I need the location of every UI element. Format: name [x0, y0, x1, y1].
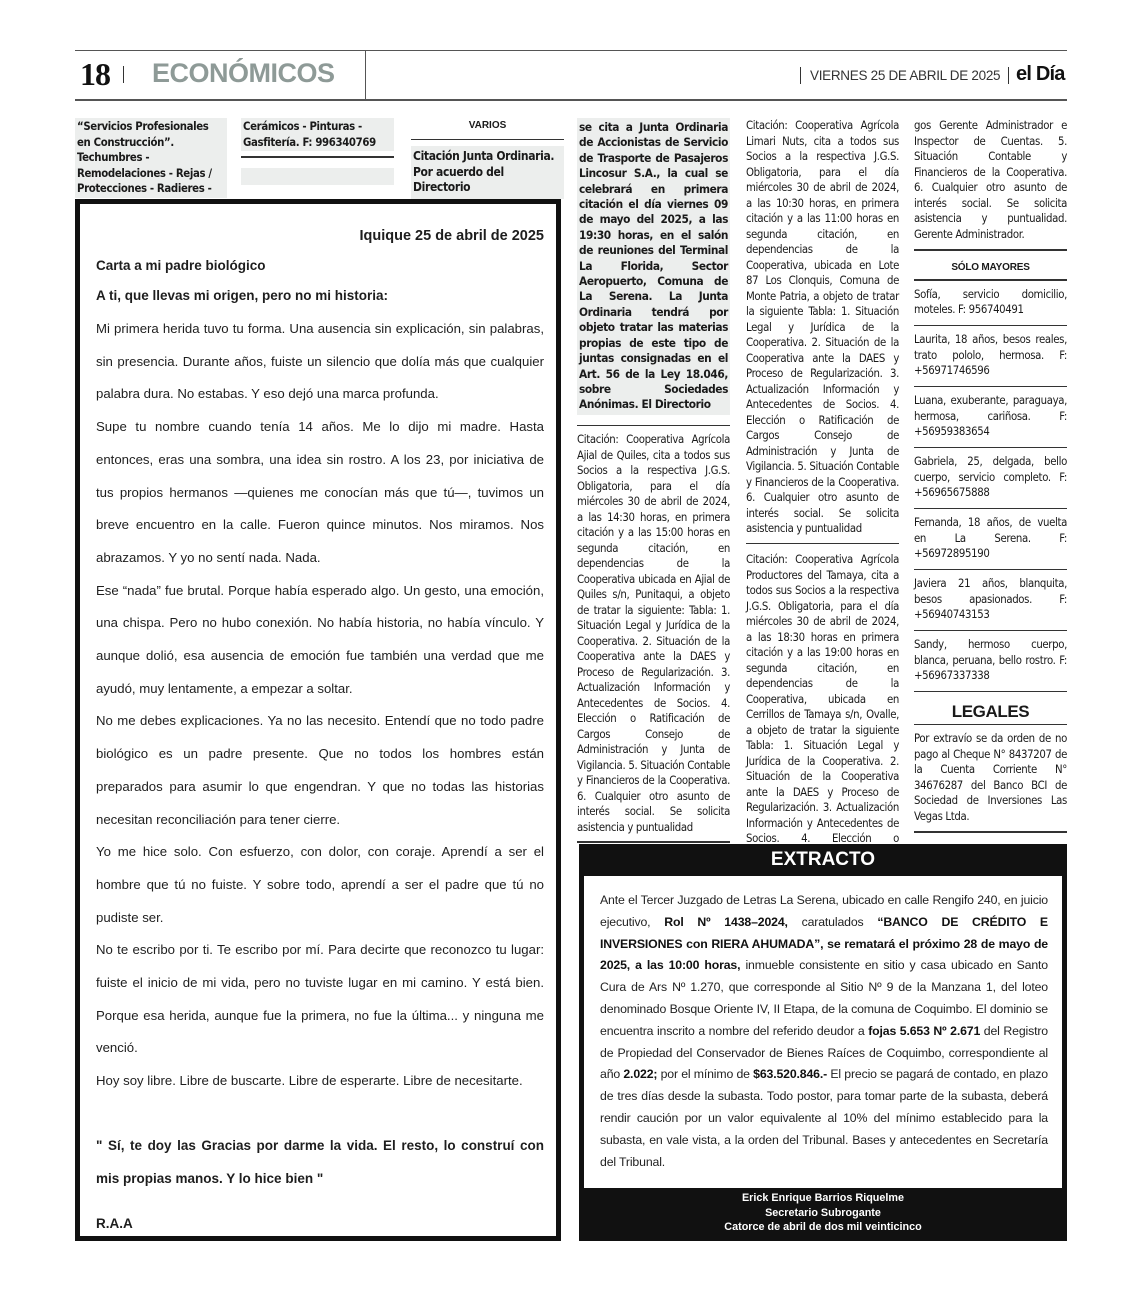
header-separator	[1008, 67, 1009, 84]
tamaya-notice-continued: gos Gerente Administrador e Inspector de…	[914, 118, 1067, 242]
adult-ad: Gabriela, 25, delgada, bello cuerpo, ser…	[914, 454, 1067, 501]
empty-slot	[241, 168, 394, 185]
letter-paragraph: Mi primera herida tuvo tu forma. Una aus…	[96, 313, 544, 411]
header-bottom-rule	[75, 99, 1067, 101]
header-divider	[365, 50, 366, 100]
letter-content: Iquique 25 de abril de 2025 Carta a mi p…	[96, 228, 544, 1231]
letter-paragraph: Hoy soy libre. Libre de buscarte. Libre …	[96, 1065, 544, 1098]
adult-ad: Luana, exuberante, paraguaya, hermosa, c…	[914, 393, 1067, 440]
letter-signature: R.A.A	[96, 1216, 544, 1231]
column-f: gos Gerente Administrador e Inspector de…	[914, 118, 1067, 839]
letter-paragraph: Yo me hice solo. Con esfuerzo, con dolor…	[96, 836, 544, 934]
section-title: ECONÓMICOS	[152, 58, 335, 89]
divider	[914, 691, 1067, 693]
header-separator	[123, 66, 124, 83]
divider	[914, 386, 1067, 388]
junta-ordinaria-notice: se cita a Junta Ordinaria de Accionistas…	[577, 118, 730, 415]
letter-paragraph: Ese “nada” fue brutal. Porque había espe…	[96, 575, 544, 706]
divider	[411, 139, 564, 141]
extracto-minimum-price: $63.520.846.-	[753, 1067, 827, 1081]
legales-notice: Por extravío se da orden de no pago al C…	[914, 731, 1067, 824]
letter-box: Iquique 25 de abril de 2025 Carta a mi p…	[75, 199, 561, 1241]
divider	[746, 543, 899, 545]
divider	[914, 724, 1067, 726]
extracto-segment: por el mínimo de	[657, 1067, 753, 1081]
letter-greeting: A ti, que llevas mi origen, pero no mi h…	[96, 288, 544, 303]
divider	[914, 630, 1067, 632]
page-number: 18	[80, 56, 110, 93]
extracto-year: 2.022;	[623, 1067, 657, 1081]
divider	[914, 831, 1067, 833]
column-d: se cita a Junta Ordinaria de Accionistas…	[577, 118, 730, 849]
adult-ad: Javiera 21 años, blanquita, besos apasio…	[914, 576, 1067, 623]
extracto-segment: El precio se pagará de contado, en plazo…	[600, 1067, 1048, 1168]
tamaya-notice: Citación: Cooperativa Agrícola Productor…	[746, 552, 899, 862]
divider	[914, 447, 1067, 449]
letter-paragraph: No te escribo por ti. Te escribo por mí.…	[96, 934, 544, 1065]
extracto-fojas: fojas 5.653 Nº 2.671	[868, 1024, 980, 1038]
divider	[914, 325, 1067, 327]
classified-services-ad: “Servicios Profesionales en Construcción…	[75, 118, 227, 198]
signer-name: Erick Enrique Barrios Riquelme	[579, 1191, 1067, 1206]
divider	[577, 425, 730, 427]
extracto-body: Ante el Tercer Juzgado de Letras La Sere…	[584, 876, 1062, 1188]
extracto-signature: Erick Enrique Barrios Riquelme Secretari…	[579, 1191, 1067, 1235]
adults-heading: SÓLO MAYORES	[914, 257, 1067, 280]
junta-citation-lead: Citación Junta Ordinaria. Por acuerdo de…	[411, 146, 564, 199]
adult-ad: Laurita, 18 años, besos reales, trato po…	[914, 332, 1067, 379]
extracto-text: Ante el Tercer Juzgado de Letras La Sere…	[600, 890, 1048, 1173]
classified-services-continued: Cerámicos - Pinturas - Gasfitería. F: 99…	[241, 118, 394, 185]
header-top-rule	[75, 50, 1067, 51]
letter-date: Iquique 25 de abril de 2025	[96, 228, 544, 244]
letter-paragraph: No me debes explicaciones. Ya no las nec…	[96, 705, 544, 836]
adult-ad: Sandy, hermoso cuerpo, blanca, peruana, …	[914, 637, 1067, 684]
newspaper-logo: el Día	[1016, 63, 1065, 86]
adult-ad: Fernanda, 18 años, de vuelta en La Seren…	[914, 515, 1067, 562]
divider	[914, 508, 1067, 510]
varios-heading: VARIOS	[411, 118, 564, 139]
divider	[241, 156, 394, 158]
extracto-box: EXTRACTO Ante el Tercer Juzgado de Letra…	[579, 844, 1067, 1241]
ajial-quiles-notice: Citación: Cooperativa Agrícola Ajial de …	[577, 432, 730, 835]
limari-nuts-notice: Citación: Cooperativa Agrícola Limari Nu…	[746, 118, 899, 537]
divider	[914, 279, 1067, 281]
letter-title: Carta a mi padre biológico	[96, 258, 544, 273]
issue-date: VIERNES 25 DE ABRIL DE 2025	[810, 68, 1000, 83]
divider	[914, 569, 1067, 571]
varios-column: VARIOS Citación Junta Ordinaria. Por acu…	[411, 118, 564, 199]
letter-paragraph: Supe tu nombre cuando tenía 14 años. Me …	[96, 411, 544, 575]
divider	[577, 841, 730, 843]
signer-date: Catorce de abril de dos mil veinticinco	[579, 1220, 1067, 1235]
extracto-case-number: Rol Nº 1438–2024,	[664, 915, 788, 929]
extracto-title: EXTRACTO	[579, 849, 1067, 871]
adult-ad: Sofía, servicio domicilio, moteles. F: 9…	[914, 287, 1067, 318]
column-e: Citación: Cooperativa Agrícola Limari Nu…	[746, 118, 899, 862]
divider	[914, 249, 1067, 251]
extracto-segment: caratulados	[788, 915, 878, 929]
classified-text: Cerámicos - Pinturas - Gasfitería. F: 99…	[241, 118, 394, 151]
legales-heading: LEGALES	[914, 698, 1067, 724]
letter-closing: " Sí, te doy las Gracias por darme la vi…	[96, 1129, 544, 1195]
header-separator	[800, 67, 801, 84]
signer-role: Secretario Subrogante	[579, 1206, 1067, 1221]
